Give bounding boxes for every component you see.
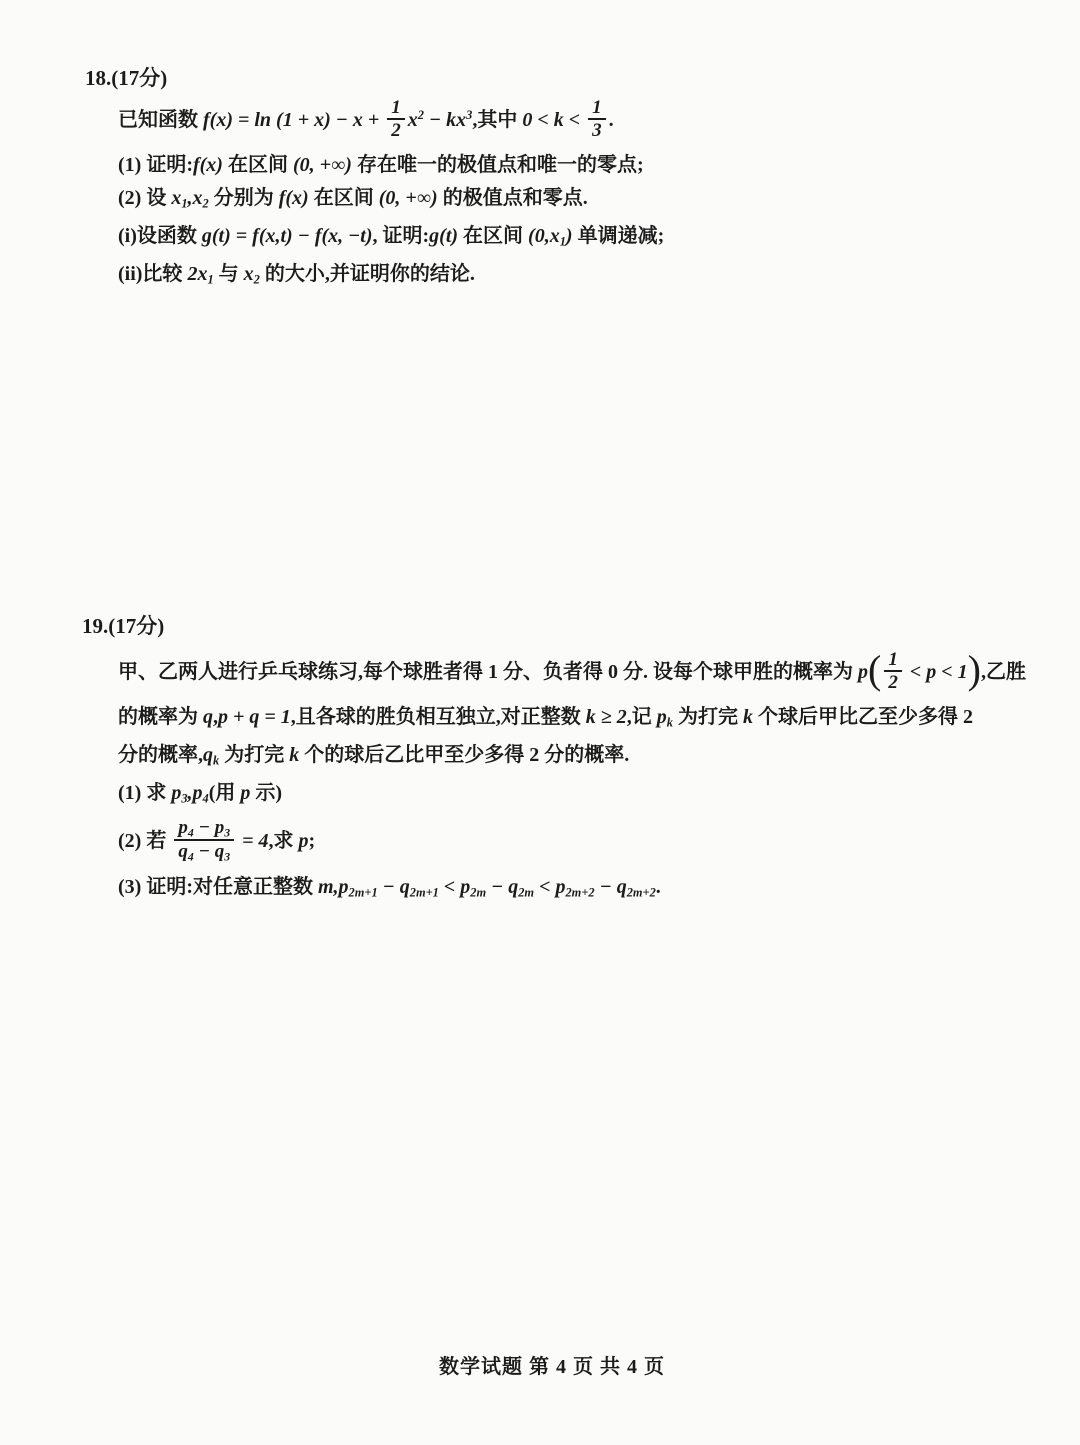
math-segment: = 4: [237, 830, 268, 852]
text-segment: (1) 证明:: [118, 154, 193, 176]
big-paren: ): [968, 647, 981, 692]
subscript: 2m+2: [565, 885, 594, 899]
text-segment: ;: [309, 830, 316, 852]
math-segment: p: [240, 782, 250, 804]
fraction-numerator: p4 − p3: [174, 817, 234, 839]
text-segment: 甲、乙两人进行乒乓球练习,每个球胜者得 1 分、负者得 0 分. 设每个球甲胜的…: [118, 661, 858, 683]
text-segment: 的大小,并证明你的结论.: [260, 263, 475, 285]
math-segment: p: [299, 830, 309, 852]
text-segment: , 证明:: [372, 225, 429, 247]
text-segment: 为打完: [673, 706, 743, 728]
problem-18-body: 已知函数 f(x) = ln (1 + x) − x + 12x2 − kx3,…: [118, 96, 1063, 297]
problem-19-part2: (2) 若 p4 − p3q4 − q3 = 4,求 p;: [118, 816, 1063, 871]
fraction-numerator: 1: [387, 97, 405, 118]
math-segment: p3,p4: [171, 782, 208, 804]
subscript: 2m+1: [349, 885, 378, 899]
text-segment: .: [609, 109, 614, 131]
problem-19-number: 19.(17分): [82, 612, 1057, 640]
problem-19-intro-line1: 甲、乙两人进行乒乓球练习,每个球胜者得 1 分、负者得 0 分. 设每个球甲胜的…: [118, 648, 1063, 701]
subscript: 2m+2: [627, 885, 656, 899]
text-segment: 的极值点和零点.: [438, 187, 588, 209]
subscript: 2m+1: [410, 885, 439, 899]
subscript: 1: [560, 234, 566, 248]
problem-18-part2ii: (ii)比较 2x1 与 x2 的大小,并证明你的结论.: [118, 258, 1063, 296]
text-segment: 单调递减;: [573, 225, 665, 247]
text-segment: 为打完: [219, 744, 289, 766]
superscript: 2: [418, 108, 424, 122]
text-segment: 的概率为: [118, 706, 203, 728]
math-segment: k: [743, 706, 753, 728]
text-segment: 个球后甲比乙至少多得 2: [753, 706, 973, 728]
text-segment: 在区间: [223, 154, 293, 176]
text-segment: ,乙胜: [981, 661, 1026, 683]
math-segment: k: [289, 744, 299, 766]
text-segment: (i)设函数: [118, 225, 202, 247]
problem-19-intro-line3: 分的概率,qk 为打完 k 个的球后乙比甲至少多得 2 分的概率.: [118, 739, 1063, 777]
text-segment: 示): [250, 782, 282, 804]
text-segment: (3) 证明:对任意正整数: [118, 876, 318, 898]
fraction: 13: [588, 97, 606, 142]
math-segment: g(t): [429, 225, 458, 247]
text-segment: ,且各球的胜负相互独立,对正整数: [291, 706, 586, 728]
text-segment: (ii)比较: [118, 263, 187, 285]
problem-19-intro-line2: 的概率为 q,p + q = 1,且各球的胜负相互独立,对正整数 k ≥ 2,记…: [118, 701, 1063, 739]
text-segment: 分的概率,: [118, 744, 203, 766]
math-segment: p: [858, 661, 868, 683]
math-segment: qk: [203, 744, 219, 766]
math-segment: (0, +∞): [293, 154, 352, 176]
text-segment: ,其中: [472, 109, 522, 131]
fraction-denominator: 2: [884, 670, 902, 693]
subscript: 2m: [470, 885, 486, 899]
math-segment: g(t) = f(x,t) − f(x, −t): [202, 225, 373, 247]
problem-18-number: 18.(17分): [85, 64, 1055, 92]
problem-18-part2i: (i)设函数 g(t) = f(x,t) − f(x, −t), 证明:g(t)…: [118, 220, 1063, 258]
text-segment: 与: [214, 263, 244, 285]
math-segment: x1,x2: [171, 187, 208, 209]
math-segment: q: [203, 706, 213, 728]
text-segment: (1) 求: [118, 782, 171, 804]
fraction-denominator: 3: [588, 118, 606, 141]
text-segment: .: [656, 876, 661, 898]
text-segment: (2) 若: [118, 830, 171, 852]
fraction: 12: [884, 649, 902, 694]
math-segment: 2x1: [187, 263, 213, 285]
math-segment: f(x) = ln (1 + x) − x +: [203, 109, 384, 131]
fraction-numerator: 1: [884, 649, 902, 670]
problem-19-part3: (3) 证明:对任意正整数 m,p2m+1 − q2m+1 < p2m − q2…: [118, 871, 1063, 909]
text-segment: (用: [209, 782, 241, 804]
footer-text: 数学试题 第 4 页 共 4 页: [439, 1356, 665, 1378]
text-segment: 在区间: [458, 225, 528, 247]
problem-19-part1: (1) 求 p3,p4(用 p 示): [118, 777, 1063, 815]
subscript: 3: [224, 826, 230, 839]
problem-19: 19.(17分) 甲、乙两人进行乒乓球练习,每个球胜者得 1 分、负者得 0 分…: [82, 612, 1057, 909]
problem-18-given-formula: 已知函数 f(x) = ln (1 + x) − x + 12x2 − kx3,…: [118, 96, 1063, 149]
subscript: 4: [188, 826, 194, 839]
big-paren: (: [868, 647, 881, 692]
text-segment: 在区间: [309, 187, 379, 209]
problem-18-part1: (1) 证明:f(x) 在区间 (0, +∞) 存在唯一的极值点和唯一的零点;: [118, 149, 1063, 182]
math-segment: (0, +∞): [379, 187, 438, 209]
math-segment: m,p2m+1 − q2m+1 < p2m − q2m < p2m+2 − q2…: [318, 876, 656, 898]
text-segment: 分别为: [209, 187, 279, 209]
text-segment: 存在唯一的极值点和唯一的零点;: [352, 154, 644, 176]
fraction: 12: [387, 97, 405, 142]
text-segment: (2) 设: [118, 187, 171, 209]
math-segment: (0,x1): [528, 225, 573, 247]
text-segment: 个的球后乙比甲至少多得 2 分的概率.: [299, 744, 629, 766]
math-segment: < p < 1: [905, 661, 968, 683]
problem-19-body: 甲、乙两人进行乒乓球练习,每个球胜者得 1 分、负者得 0 分. 设每个球甲胜的…: [118, 648, 1063, 909]
fraction-numerator: 1: [588, 97, 606, 118]
subscript: 2m: [518, 885, 534, 899]
subscript: 3: [181, 792, 187, 806]
page-footer: 数学试题 第 4 页 共 4 页: [0, 1331, 1080, 1403]
math-segment: pk: [657, 706, 673, 728]
math-segment: p + q = 1: [218, 706, 291, 728]
subscript: 1: [181, 196, 187, 210]
math-segment: x2: [244, 263, 260, 285]
math-segment: f(x): [279, 187, 309, 209]
subscript: 4: [188, 851, 194, 864]
exam-page: 18.(17分) 已知函数 f(x) = ln (1 + x) − x + 12…: [0, 0, 1080, 1445]
fraction-denominator: 2: [387, 118, 405, 141]
math-segment: k ≥ 2: [586, 706, 627, 728]
subscript: 3: [224, 851, 230, 864]
math-segment: f(x): [193, 154, 223, 176]
math-segment: 0 < k <: [522, 109, 585, 131]
text-segment: ,求: [269, 830, 299, 852]
problem-18: 18.(17分) 已知函数 f(x) = ln (1 + x) − x + 12…: [85, 64, 1055, 297]
text-segment: ,记: [627, 706, 657, 728]
text-segment: 已知函数: [118, 109, 203, 131]
fraction: p4 − p3q4 − q3: [174, 817, 234, 864]
problem-18-part2: (2) 设 x1,x2 分别为 f(x) 在区间 (0, +∞) 的极值点和零点…: [118, 182, 1063, 220]
math-segment: x2 − kx3: [408, 109, 473, 131]
fraction-denominator: q4 − q3: [174, 839, 234, 863]
